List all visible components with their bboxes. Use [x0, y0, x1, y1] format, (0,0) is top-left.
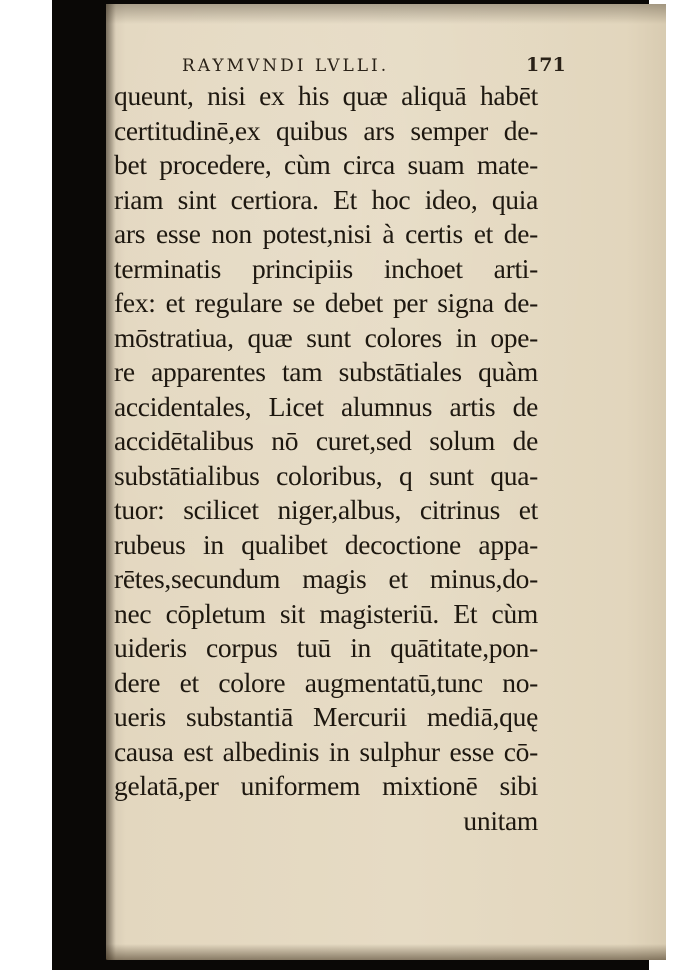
text-line: ars esse non potest,nisi à certis et de-	[114, 217, 538, 252]
page-number: 171	[526, 54, 566, 76]
text-line: fex: et regulare se debet per signa de-	[114, 286, 538, 321]
running-head-title: RAYMVNDI LVLLI.	[182, 56, 389, 76]
text-line: ueris substantiā Mercurii mediā,quę	[114, 700, 538, 735]
text-line: re apparentes tam substātiales quàm	[114, 355, 538, 390]
text-line: rubeus in qualibet decoctione appa-	[114, 528, 538, 563]
text-line: nec cōpletum sit magisteriū. Et cùm	[114, 597, 538, 632]
text-line: uideris corpus tuū in quātitate,pon-	[114, 631, 538, 666]
text-line: bet procedere, cùm circa suam mate-	[114, 148, 538, 183]
scan-frame: RAYMVNDI LVLLI. 171 queunt, nisi ex his …	[52, 0, 649, 970]
text-line: accidētalibus nō curet,sed solum de	[114, 424, 538, 459]
text-line: dere et colore augmentatū,tunc no-	[114, 666, 538, 701]
text-line: accidentales, Licet alumnus artis de	[114, 390, 538, 425]
text-line: tuor: scilicet niger,albus, citrinus et	[114, 493, 538, 528]
text-line: mōstratiua, quæ sunt colores in ope-	[114, 321, 538, 356]
text-line: queunt, nisi ex his quæ aliquā habēt	[114, 79, 538, 114]
book-page: RAYMVNDI LVLLI. 171 queunt, nisi ex his …	[106, 4, 666, 960]
text-line: certitudinē,ex quibus ars semper de-	[114, 114, 538, 149]
running-head: RAYMVNDI LVLLI. 171	[182, 56, 542, 76]
text-line: causa est albedinis in sulphur esse cō-	[114, 735, 538, 770]
text-line: substātialibus coloribus, q sunt qua-	[114, 459, 538, 494]
page-top-shadow	[106, 4, 666, 24]
body-text: queunt, nisi ex his quæ aliquā habēt cer…	[114, 79, 538, 838]
text-line: terminatis principiis inchoet arti-	[114, 252, 538, 287]
text-line: rētes,secundum magis et minus,do-	[114, 562, 538, 597]
text-line: riam sint certiora. Et hoc ideo, quia	[114, 183, 538, 218]
text-line: gelatā,per uniformem mixtionē sibi	[114, 769, 538, 804]
catchword: unitam	[114, 804, 538, 839]
